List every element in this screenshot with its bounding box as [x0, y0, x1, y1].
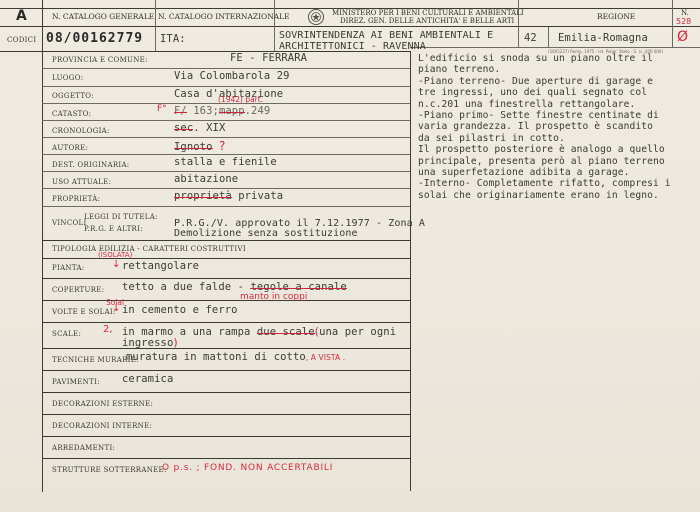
- descrizione-line: principale, presenta però al piano terre…: [418, 156, 698, 167]
- descrizione-line: una superfetazione adibita a garage.: [418, 167, 698, 178]
- pianta-mark: ↓: [112, 259, 120, 270]
- provincia-value: FE - FERRARA: [230, 52, 307, 64]
- ente-code: 42: [524, 32, 537, 44]
- descrizione-line: varia grandezza. Il prospetto è scandito: [418, 121, 698, 132]
- strutture-sotterranee-label: STRUTTURE SOTTERRANEE:: [52, 466, 167, 474]
- republic-emblem-icon: [307, 8, 325, 26]
- decorazioni-interne-label: DECORAZIONI INTERNE:: [52, 422, 152, 430]
- regione-label: REGIONE: [597, 12, 635, 21]
- tipologia-heading: TIPOLOGIA EDILIZIA - CARATTERI COSTRUTTI…: [52, 245, 246, 253]
- descrizione-line: Il prospetto posteriore è analogo a quel…: [418, 144, 698, 155]
- col-rule-4: [672, 0, 673, 47]
- tecniche-murarie-value: muratura in mattoni di cotto, A VISTA .: [126, 351, 345, 363]
- catasto-annotation: (1942) part.: [218, 95, 263, 104]
- descrizione-line: piano terreno.: [418, 64, 698, 75]
- header-rule: [0, 26, 700, 27]
- dest-originaria-label: DEST. ORIGINARIA:: [52, 161, 129, 169]
- oggetto-label: OGGETTO:: [52, 92, 94, 100]
- decorazioni-esterne-label: DECORAZIONI ESTERNE:: [52, 400, 153, 408]
- catalogo-internazionale-label: N. CATALOGO INTERNAZIONALE: [158, 12, 290, 21]
- cronologia-value: sec. XIX: [174, 122, 225, 134]
- regione-value: Emilia-Romagna: [558, 32, 648, 44]
- ministry-line-2: DIREZ. GEN. DELLE ANTICHITA' E BELLE ART…: [340, 17, 514, 25]
- dest-originaria-value: stalla e fienile: [174, 156, 277, 168]
- descrizione-line: -Piano primo- Sette finestre centinate d…: [418, 110, 698, 121]
- left-column-rule: [42, 0, 43, 492]
- mid-column-rule: [410, 51, 411, 491]
- leggi-tutela-label: LEGGI DI TUTELA:: [84, 213, 158, 221]
- prg-value-line-2: Demolizione senza sostituzione: [174, 228, 358, 239]
- catalogo-generale-value: 08/00162779: [46, 31, 143, 46]
- vincoli-label: VINCOLI: [52, 219, 87, 227]
- autore-label: AUTORE:: [52, 144, 88, 152]
- descrizione-line: -Interno- Completamente rifatto, compres…: [418, 178, 698, 189]
- soprintendenza-line-2: ARCHITETTONICI - RAVENNA: [279, 41, 426, 52]
- pianta-value: rettangolare: [122, 260, 199, 272]
- proprieta-label: PROPRIETÀ:: [52, 195, 100, 203]
- autore-value: Ignoto ?: [174, 139, 225, 153]
- cronologia-label: CRONOLOGIA:: [52, 127, 110, 135]
- catasto-label: CATASTO:: [52, 110, 91, 118]
- uso-attuale-value: abitazione: [174, 173, 238, 185]
- volte-solai-label: VOLTE e SOLAI:: [52, 308, 116, 316]
- codici-rule-right: [410, 47, 700, 48]
- scale-prefix: 2,: [103, 324, 113, 335]
- uso-attuale-label: USO ATTUALE:: [52, 178, 111, 186]
- coperture-annotation: manto in coppi: [240, 292, 307, 302]
- catasto-value: F/ 163;mapp.249: [174, 105, 270, 117]
- catalog-card: A N. CATALOGO GENERALE N. CATALOGO INTER…: [0, 0, 700, 512]
- catalogo-generale-label: N. CATALOGO GENERALE: [52, 12, 154, 21]
- descrizione-line: solai che originariamente erano in legno…: [418, 190, 698, 201]
- descrizione-line: n.c.201 una finestrella rettangolare.: [418, 99, 698, 110]
- strutture-sotterranee-annotation: O p.s. ; FOND. NON ACCERTABILI: [162, 463, 333, 473]
- catasto-prefix: F°: [157, 104, 167, 114]
- n-value: 528: [676, 17, 691, 26]
- n-mark: Ø: [677, 29, 688, 45]
- volte-solai-mark: ↓: [112, 303, 120, 314]
- descrizione-block: L'edificio si snoda su un piano oltre il…: [418, 53, 698, 201]
- col-rule-3b: [548, 27, 549, 47]
- pianta-label: PIANTA:: [52, 264, 84, 272]
- ministry-line-1: MINISTERO PER I BENI CULTURALI E AMBIENT…: [332, 9, 524, 17]
- col-rule-3: [518, 0, 519, 47]
- arredamenti-label: ARREDAMENTI:: [52, 444, 115, 452]
- col-rule-2: [274, 0, 275, 51]
- soprintendenza-line-1: SOVRINTENDENZA AI BENI AMBIENTALI E: [279, 30, 493, 41]
- col-rule-1: [155, 0, 156, 51]
- n-label: N.: [681, 9, 689, 17]
- luogo-label: LUOGO:: [52, 74, 83, 82]
- pavimenti-label: PAVIMENTI:: [52, 378, 100, 386]
- section-letter: A: [16, 8, 27, 24]
- luogo-value: Via Colombarola 29: [174, 70, 290, 82]
- coperture-value: tetto a due falde - tegole a canale: [122, 281, 347, 293]
- coperture-label: COPERTURE:: [52, 286, 104, 294]
- descrizione-text: L'edificio si snoda su un piano oltre il…: [418, 53, 698, 201]
- provincia-label: PROVINCIA E COMUNE:: [52, 56, 148, 64]
- descrizione-line: -Piano terreno- Due aperture di garage e: [418, 76, 698, 87]
- scale-label: SCALE:: [52, 330, 81, 338]
- catalogo-internazionale-value: ITA:: [160, 33, 186, 45]
- descrizione-line: tre ingressi, uno dei quali segnato col: [418, 87, 698, 98]
- descrizione-line: da sei pilastri in cotto.: [418, 133, 698, 144]
- proprieta-value: proprietà privata: [174, 190, 283, 202]
- volte-solai-value: in cemento e ferro: [122, 304, 238, 316]
- scale-value-line-2: ingresso): [122, 336, 178, 349]
- prg-label: P.R.G. E ALTRI:: [84, 225, 143, 233]
- descrizione-line: L'edificio si snoda su un piano oltre il: [418, 53, 698, 64]
- pavimenti-value: ceramica: [122, 373, 173, 385]
- codici-label: CODICI: [7, 36, 36, 44]
